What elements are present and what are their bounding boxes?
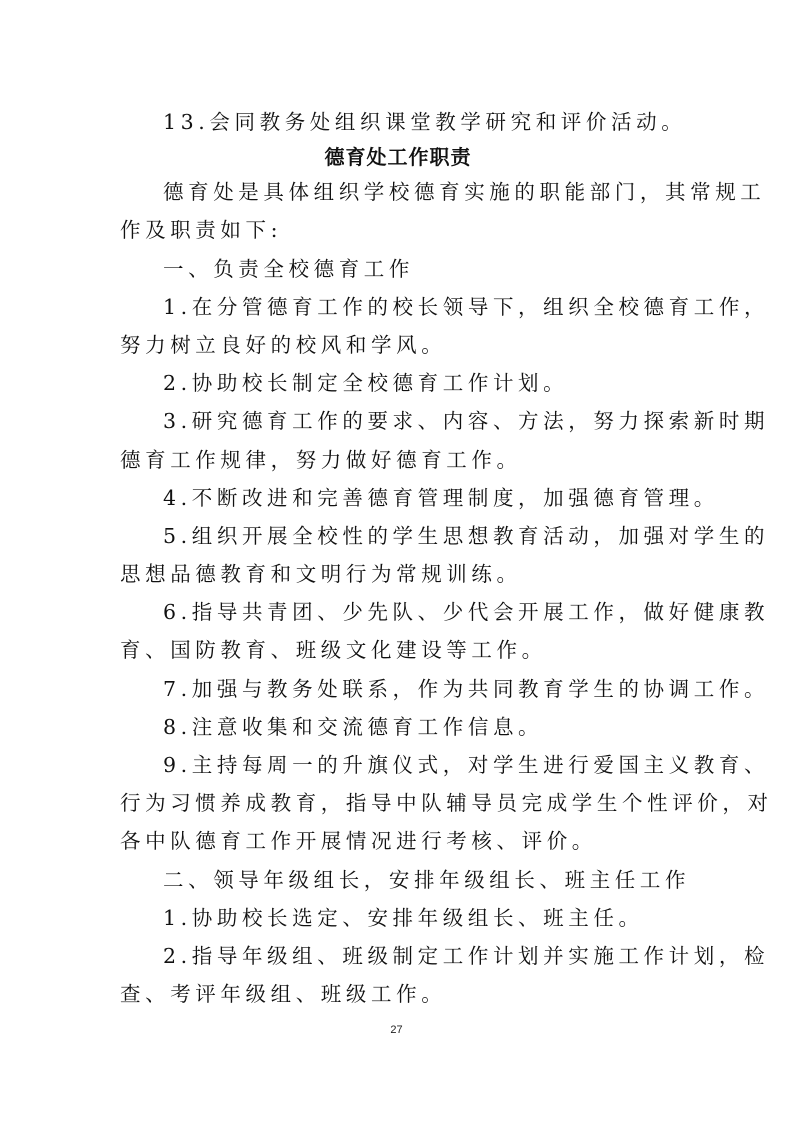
part1-item-7: 7.加强与教务处联系，作为共同教育学生的协调工作。 — [120, 670, 676, 708]
part1-item-9-line-1: 9.主持每周一的升旗仪式，对学生进行爱国主义教育、 — [120, 746, 676, 784]
part1-item-3-line-1: 3.研究德育工作的要求、内容、方法，努力探索新时期 — [120, 402, 676, 440]
part1-item-6-line-1: 6.指导共青团、少先队、少代会开展工作，做好健康教 — [120, 593, 676, 631]
part1-item-2: 2.协助校长制定全校德育工作计划。 — [120, 364, 676, 402]
part1-item-3-line-2: 德育工作规律，努力做好德育工作。 — [120, 441, 676, 479]
overview-line-2: 作及职责如下: — [120, 211, 676, 249]
part1-heading: 一、负责全校德育工作 — [120, 250, 676, 288]
section-title: 德育处工作职责 — [120, 141, 676, 173]
document-page: 13.会同教务处组织课堂教学研究和评价活动。 德育处工作职责 德育处是具体组织学… — [0, 0, 793, 1122]
part1-item-8: 8.注意收集和交流德育工作信息。 — [120, 708, 676, 746]
part1-item-1-line-1: 1.在分管德育工作的校长领导下，组织全校德育工作， — [120, 288, 676, 326]
part1-item-9-line-2: 行为习惯养成教育，指导中队辅导员完成学生个性评价，对 — [120, 784, 676, 822]
part1-item-6-line-2: 育、国防教育、班级文化建设等工作。 — [120, 631, 676, 669]
page-content: 13.会同教务处组织课堂教学研究和评价活动。 德育处工作职责 德育处是具体组织学… — [120, 103, 676, 1013]
part1-item-5-line-2: 思想品德教育和文明行为常规训练。 — [120, 555, 676, 593]
overview-line-1: 德育处是具体组织学校德育实施的职能部门，其常规工 — [120, 173, 676, 211]
part1-item-4: 4.不断改进和完善德育管理制度，加强德育管理。 — [120, 479, 676, 517]
page-number: 27 — [0, 1024, 793, 1036]
paragraph-item-13: 13.会同教务处组织课堂教学研究和评价活动。 — [120, 103, 676, 141]
part1-item-9-line-3: 各中队德育工作开展情况进行考核、评价。 — [120, 822, 676, 860]
part1-item-1-line-2: 努力树立良好的校风和学风。 — [120, 326, 676, 364]
part2-item-1: 1.协助校长选定、安排年级组长、班主任。 — [120, 899, 676, 937]
part1-item-5-line-1: 5.组织开展全校性的学生思想教育活动，加强对学生的 — [120, 517, 676, 555]
part2-item-2-line-1: 2.指导年级组、班级制定工作计划并实施工作计划，检 — [120, 937, 676, 975]
part2-heading: 二、领导年级组长，安排年级组长、班主任工作 — [120, 861, 676, 899]
part2-item-2-line-2: 查、考评年级组、班级工作。 — [120, 975, 676, 1013]
